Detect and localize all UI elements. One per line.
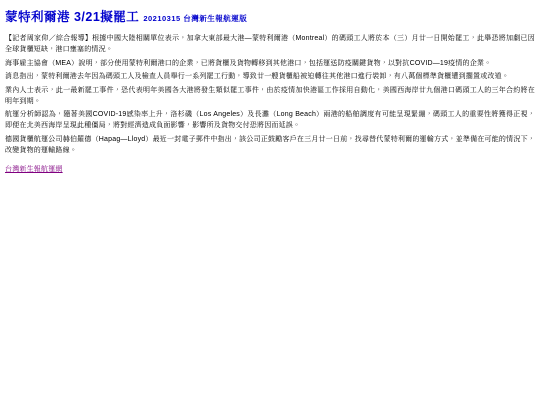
- article-title: 蒙特利爾港 3/21擬罷工: [5, 10, 139, 24]
- article-paragraph: 消息指出，蒙特利爾港去年因為碼頭工人及檢查人員舉行一系列罷工行動，導致廿一艘貨櫃…: [5, 71, 535, 82]
- article-page: 蒙特利爾港 3/21擬罷工20210315 台灣新生報航運版 【記者周家仰／綜合…: [0, 0, 540, 176]
- article-paragraph: 航運分析師認為，隨著美國COVID-19感染率上升，洛杉磯（Los Angele…: [5, 109, 535, 131]
- article-paragraph: 業內人士表示，此一最新罷工事件，恐代表明年美國各大港將發生類似罷工事件，由於疫情…: [5, 85, 535, 107]
- article-paragraph: 【記者周家仰／綜合報導】根據中國大陸相關單位表示，加拿大東部最大港—蒙特利爾港（…: [5, 33, 535, 55]
- shipping-news-site-link[interactable]: 台灣新生報航運網: [5, 164, 63, 175]
- article-dateline: 20210315 台灣新生報航運版: [143, 14, 247, 23]
- article-paragraph: 德國貨櫃航運公司赫伯羅德（Hapag—Lloyd）最近一封電子郵件中指出，該公司…: [5, 134, 535, 156]
- headline: 蒙特利爾港 3/21擬罷工20210315 台灣新生報航運版: [5, 3, 535, 26]
- article-paragraph: 海事雇主協會（MEA）說明，部分使用蒙特利爾港口的企業，已將貨櫃及貨物轉移到其他…: [5, 58, 535, 69]
